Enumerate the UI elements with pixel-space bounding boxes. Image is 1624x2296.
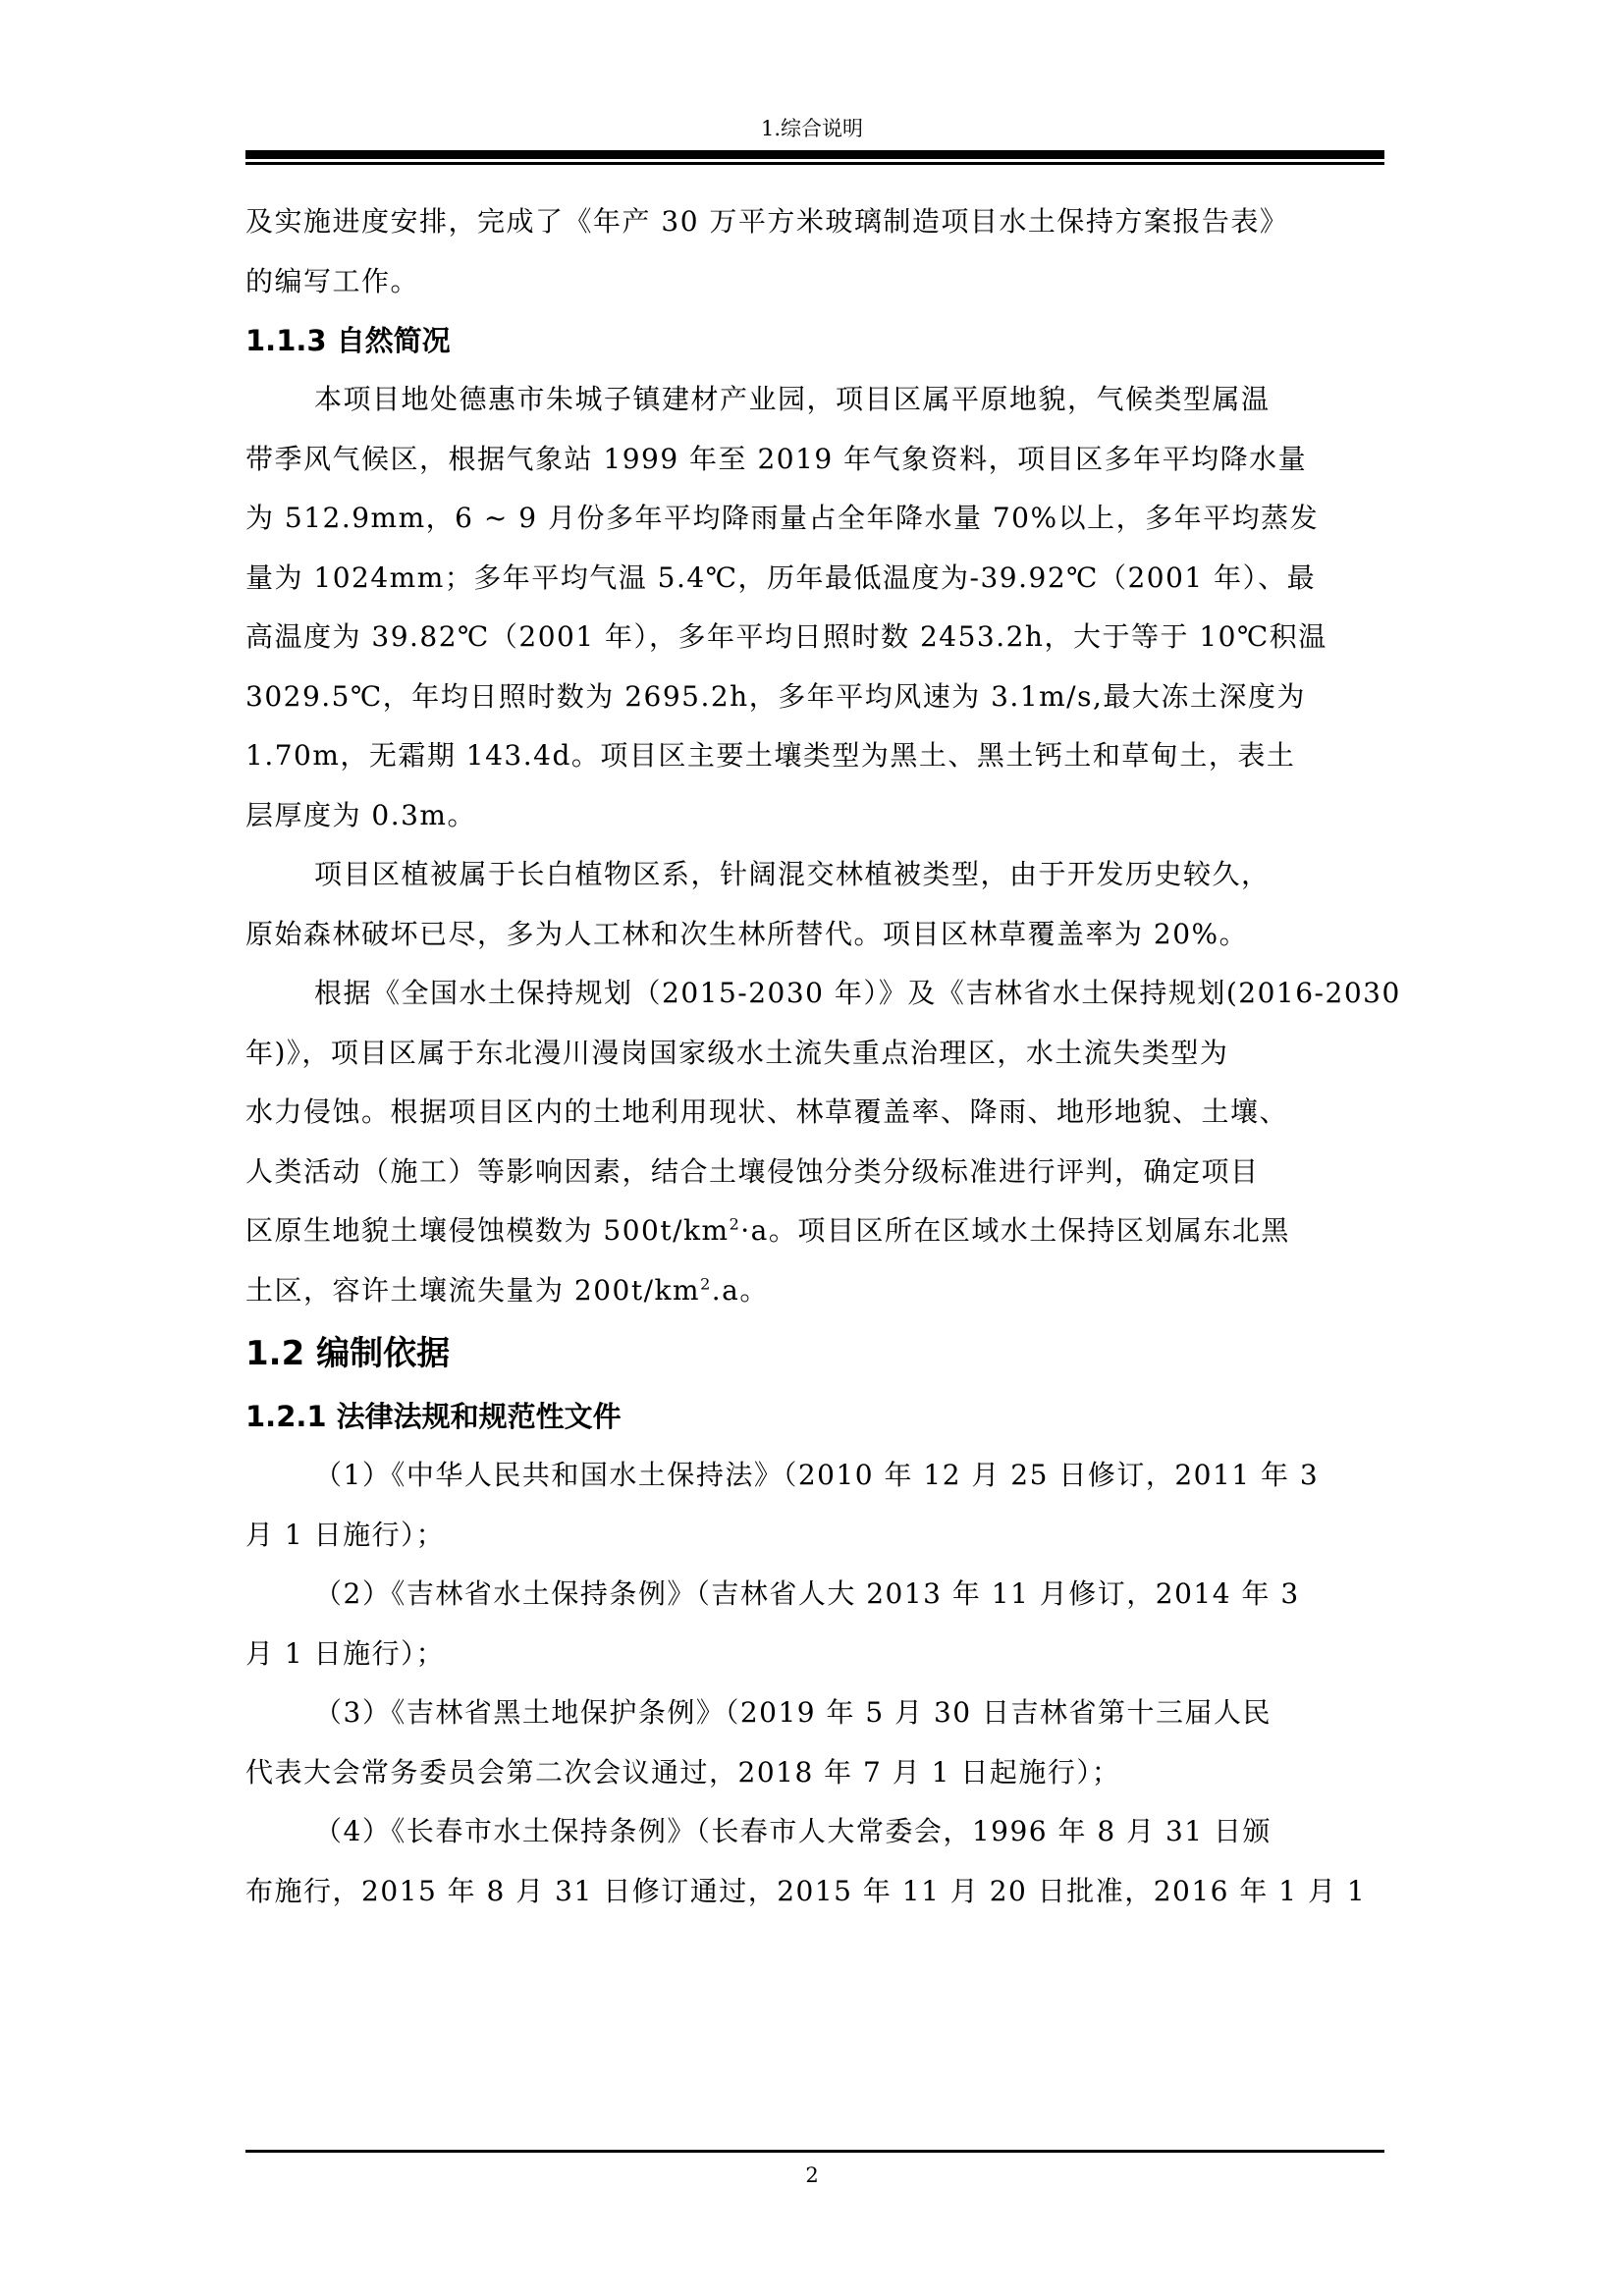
text-line: （2）《吉林省水土保持条例》（吉林省人大 2013 年 11 月修订，2014 …: [245, 1565, 1384, 1625]
text-line: （3）《吉林省黑土地保护条例》（2019 年 5 月 30 日吉林省第十三届人民: [245, 1683, 1384, 1743]
text-line: 年)》，项目区属于东北漫川漫岗国家级水土流失重点治理区，水土流失类型为: [245, 1024, 1384, 1084]
natural-conditions-paragraph: 本项目地处德惠市朱城子镇建材产业园，项目区属平原地貌，气候类型属温 带季风气候区…: [245, 370, 1384, 845]
section-heading-1-1-3: 1.1.3 自然简况: [245, 311, 1384, 370]
text-line: 3029.5℃，年均日照时数为 2695.2h，多年平均风速为 3.1m/s,最…: [245, 667, 1384, 727]
soil-erosion-paragraph: 根据《全国水土保持规划（2015-2030 年）》及《吉林省水土保持规划(201…: [245, 964, 1384, 1320]
text-line: 根据《全国水土保持规划（2015-2030 年）》及《吉林省水土保持规划(201…: [245, 964, 1384, 1024]
section-heading-1-2-1: 1.2.1 法律法规和规范性文件: [245, 1387, 1384, 1446]
intro-continuation-paragraph: 及实施进度安排，完成了《年产 30 万平方米玻璃制造项目水土保持方案报告表》 的…: [245, 192, 1384, 311]
text-segment: ·a。项目区所在区域水土保持区划属东北黑: [740, 1214, 1290, 1247]
text-segment: .a。: [712, 1274, 769, 1307]
text-line: 1.70m，无霜期 143.4d。项目区主要土壤类型为黑土、黑土钙土和草甸土，表…: [245, 726, 1384, 786]
page-number: 2: [0, 2163, 1624, 2188]
text-line: 代表大会常务委员会第二次会议通过，2018 年 7 月 1 日起施行）；: [245, 1743, 1384, 1803]
regulation-item-2: （2）《吉林省水土保持条例》（吉林省人大 2013 年 11 月修订，2014 …: [245, 1565, 1384, 1683]
text-line: 月 1 日施行）；: [245, 1506, 1384, 1566]
text-line: 水力侵蚀。根据项目区内的土地利用现状、林草覆盖率、降雨、地形地貌、土壤、: [245, 1083, 1384, 1143]
text-line: 高温度为 39.82℃（2001 年），多年平均日照时数 2453.2h，大于等…: [245, 608, 1384, 667]
text-line: 原始森林破坏已尽，多为人工林和次生林所替代。项目区林草覆盖率为 20%。: [245, 905, 1384, 965]
regulation-item-1: （1）《中华人民共和国水土保持法》（2010 年 12 月 25 日修订，201…: [245, 1446, 1384, 1565]
text-line: 量为 1024mm；多年平均气温 5.4℃，历年最低温度为-39.92℃（200…: [245, 549, 1384, 609]
text-line: 布施行，2015 年 8 月 31 日修订通过，2015 年 11 月 20 日…: [245, 1862, 1384, 1922]
regulation-item-3: （3）《吉林省黑土地保护条例》（2019 年 5 月 30 日吉林省第十三届人民…: [245, 1683, 1384, 1802]
header-rule-thick: [245, 150, 1384, 159]
text-segment: 土区，容许土壤流失量为 200t/km: [245, 1274, 700, 1307]
text-line: 项目区植被属于长白植物区系，针阔混交林植被类型，由于开发历史较久，: [245, 845, 1384, 905]
vegetation-paragraph: 项目区植被属于长白植物区系，针阔混交林植被类型，由于开发历史较久， 原始森林破坏…: [245, 845, 1384, 964]
text-line: 土区，容许土壤流失量为 200t/km2.a。: [245, 1261, 1384, 1321]
text-line: 人类活动（施工）等影响因素，结合土壤侵蚀分类分级标准进行评判，确定项目: [245, 1143, 1384, 1202]
text-line: 的编写工作。: [245, 252, 1384, 312]
text-line: 本项目地处德惠市朱城子镇建材产业园，项目区属平原地貌，气候类型属温: [245, 370, 1384, 430]
text-line: 月 1 日施行）；: [245, 1625, 1384, 1684]
superscript: 2: [700, 1274, 712, 1293]
footer-rule: [245, 2150, 1384, 2153]
text-line: 为 512.9mm，6 ~ 9 月份多年平均降雨量占全年降水量 70%以上，多年…: [245, 489, 1384, 549]
text-line: 区原生地貌土壤侵蚀模数为 500t/km2·a。项目区所在区域水土保持区划属东北…: [245, 1201, 1384, 1261]
text-line: 层厚度为 0.3m。: [245, 786, 1384, 846]
running-header: 1.综合说明: [0, 116, 1624, 141]
text-line: （4）《长春市水土保持条例》（长春市人大常委会，1996 年 8 月 31 日颁: [245, 1802, 1384, 1862]
text-line: （1）《中华人民共和国水土保持法》（2010 年 12 月 25 日修订，201…: [245, 1446, 1384, 1506]
text-line: 带季风气候区，根据气象站 1999 年至 2019 年气象资料，项目区多年平均降…: [245, 430, 1384, 490]
section-heading-1-2: 1.2 编制依据: [245, 1320, 1384, 1387]
text-line: 及实施进度安排，完成了《年产 30 万平方米玻璃制造项目水土保持方案报告表》: [245, 192, 1384, 252]
text-segment: 区原生地貌土壤侵蚀模数为 500t/km: [245, 1214, 730, 1247]
superscript: 2: [730, 1215, 741, 1234]
page-body: 及实施进度安排，完成了《年产 30 万平方米玻璃制造项目水土保持方案报告表》 的…: [245, 192, 1384, 1921]
header-rule-thin: [245, 162, 1384, 165]
regulation-item-4: （4）《长春市水土保持条例》（长春市人大常委会，1996 年 8 月 31 日颁…: [245, 1802, 1384, 1921]
